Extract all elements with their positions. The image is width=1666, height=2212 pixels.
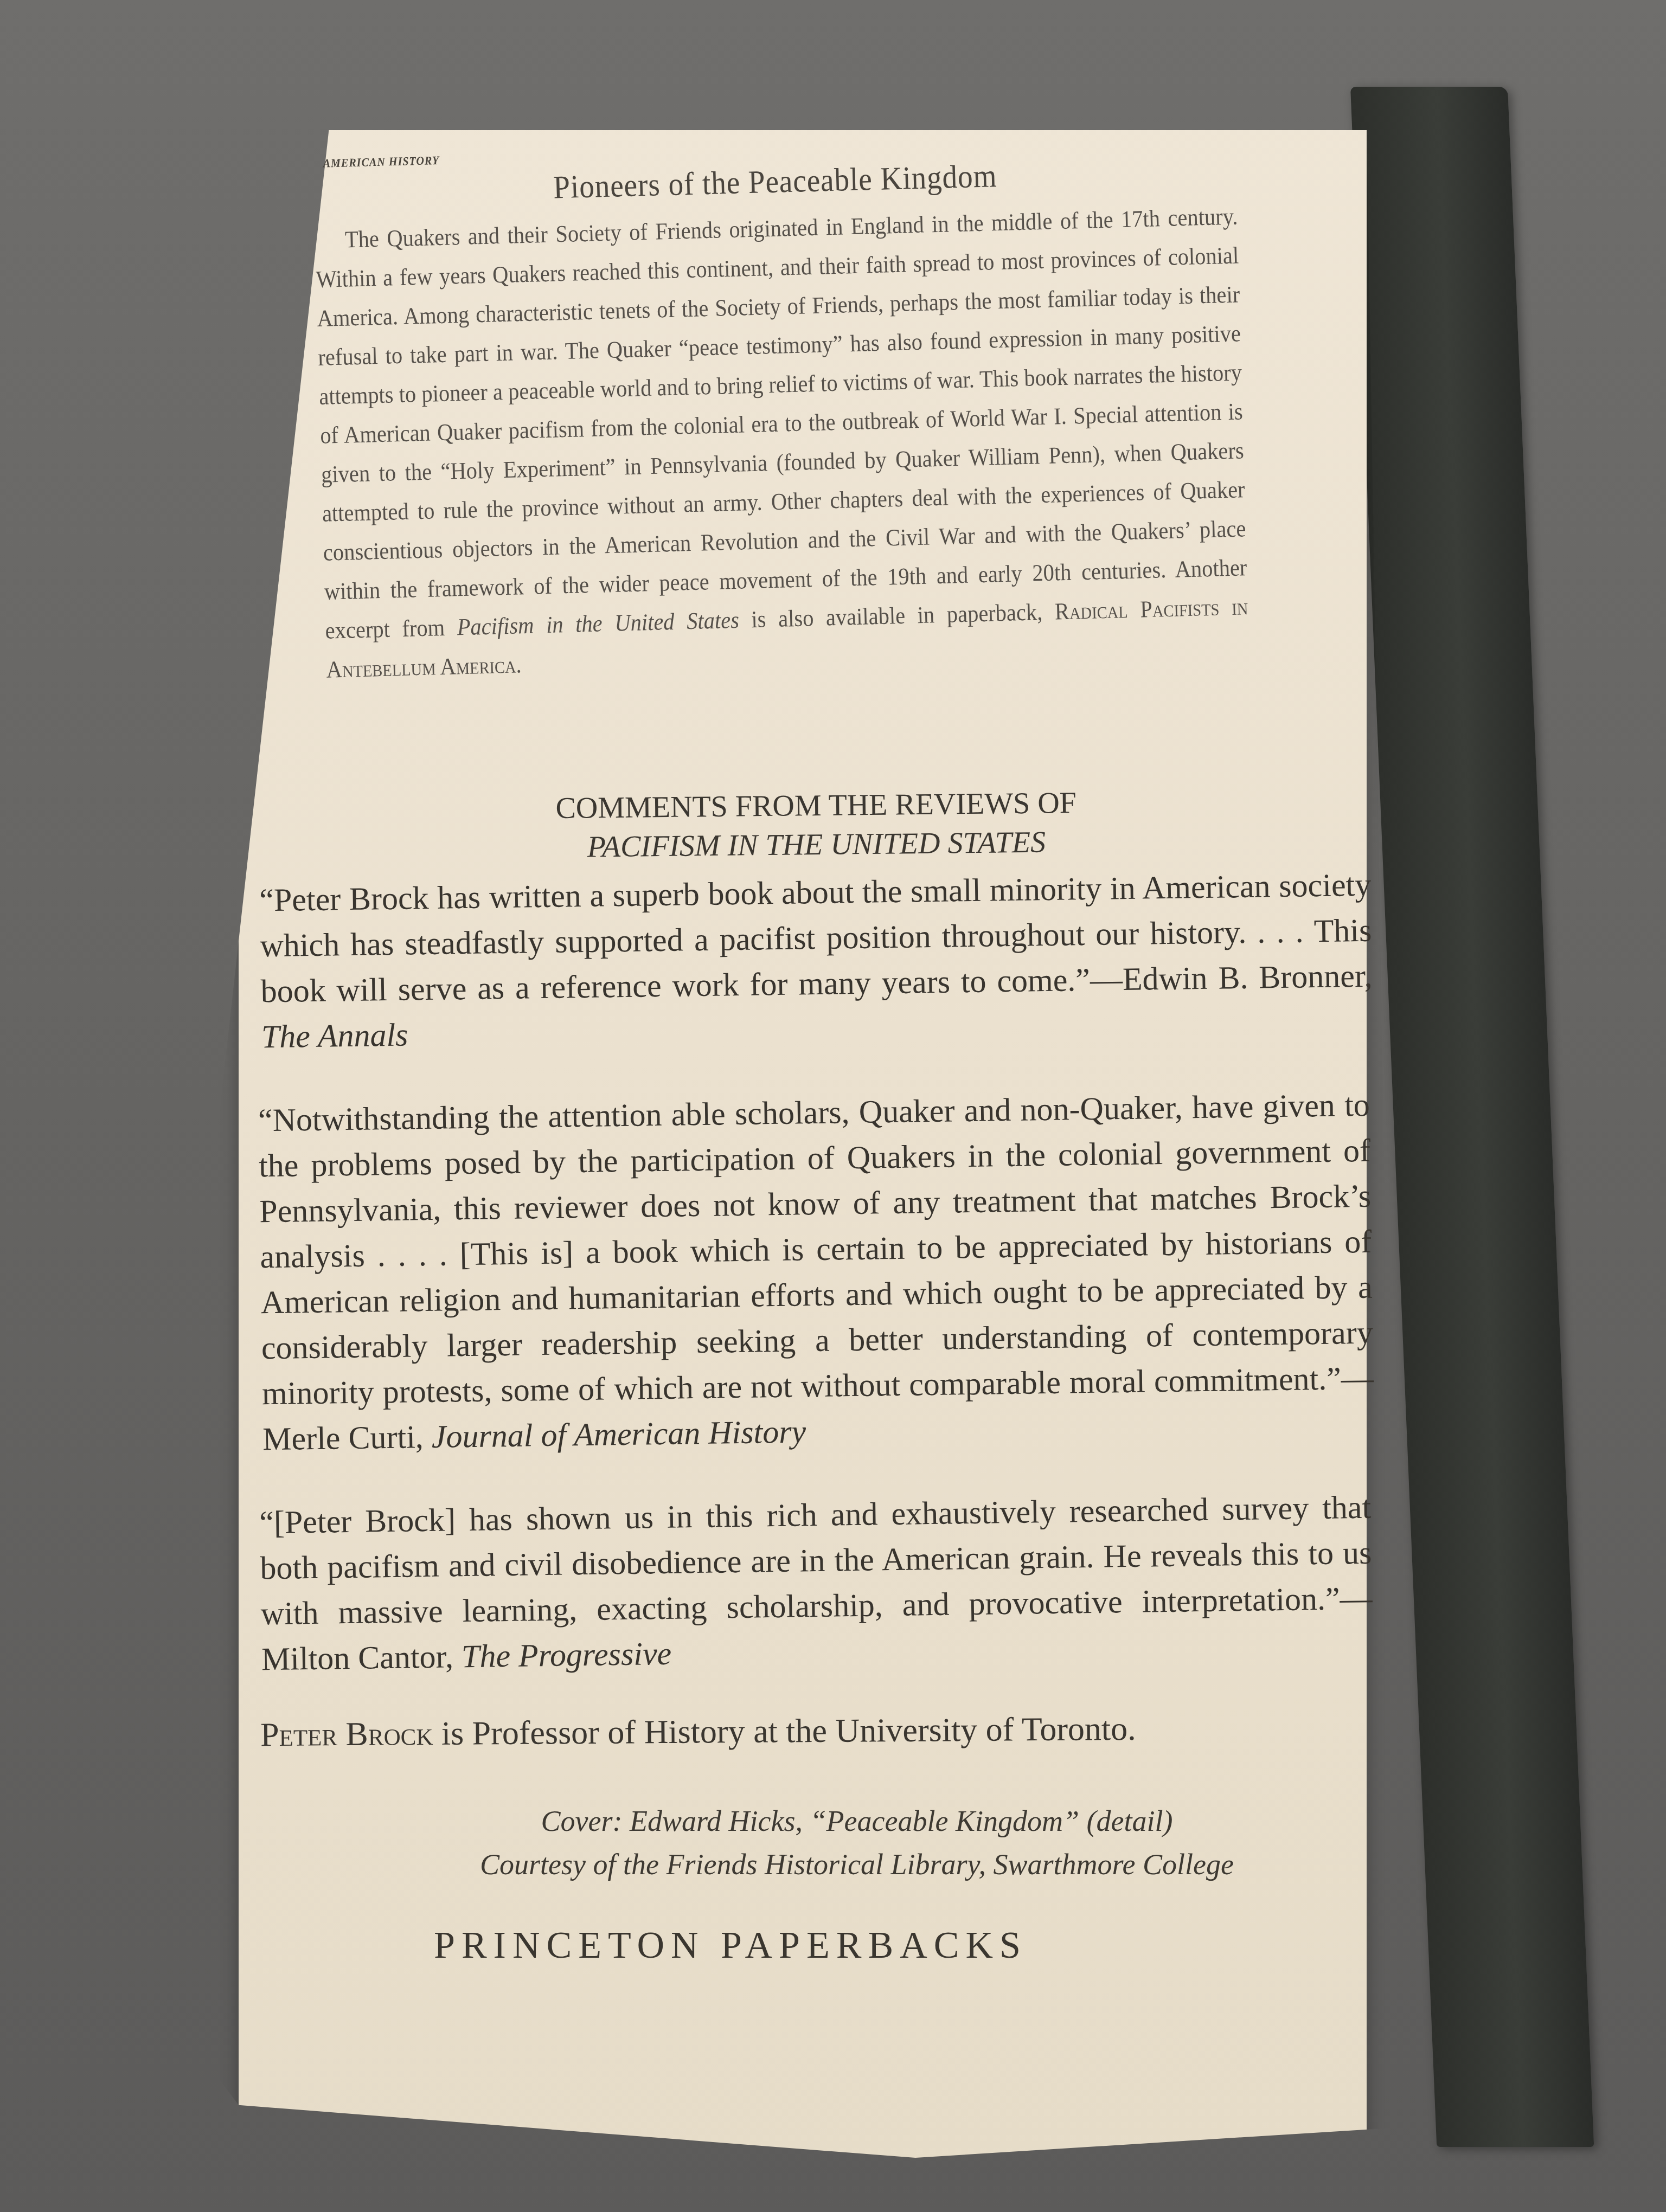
review-quote: “Notwithstanding the attention able scho…: [258, 1082, 1374, 1462]
description-section: AMERICAN HISTORY Pioneers of the Peaceab…: [293, 132, 1270, 690]
review-quote: “Peter Brock has written a superb book a…: [259, 862, 1373, 1060]
review-source: The Annals: [261, 1017, 408, 1055]
cover-text-area: AMERICAN HISTORY Pioneers of the Peaceab…: [293, 157, 1340, 690]
review-source: Journal of American History: [431, 1413, 806, 1455]
review-quote: “[Peter Brock] has shown us in this rich…: [259, 1484, 1373, 1682]
book-description: The Quakers and their Society of Friends…: [315, 197, 1249, 689]
publisher-imprint: PRINCETON PAPERBACKS: [434, 1924, 1372, 1967]
author-name: Peter Brock: [260, 1715, 433, 1753]
review-source: The Progressive: [462, 1636, 672, 1674]
book-spine-edge: [1350, 87, 1594, 2147]
reviews-heading: COMMENTS FROM THE REVIEWS OF PACIFISM IN…: [260, 780, 1372, 870]
author-bio: Peter Brock is Professor of History at t…: [260, 1708, 1372, 1754]
related-title-italic: Pacifism in the United States: [457, 607, 739, 641]
reviews-section: COMMENTS FROM THE REVIEWS OF PACIFISM IN…: [260, 786, 1372, 1967]
cover-credit: Cover: Edward Hicks, “Peaceable Kingdom”…: [342, 1799, 1372, 1886]
